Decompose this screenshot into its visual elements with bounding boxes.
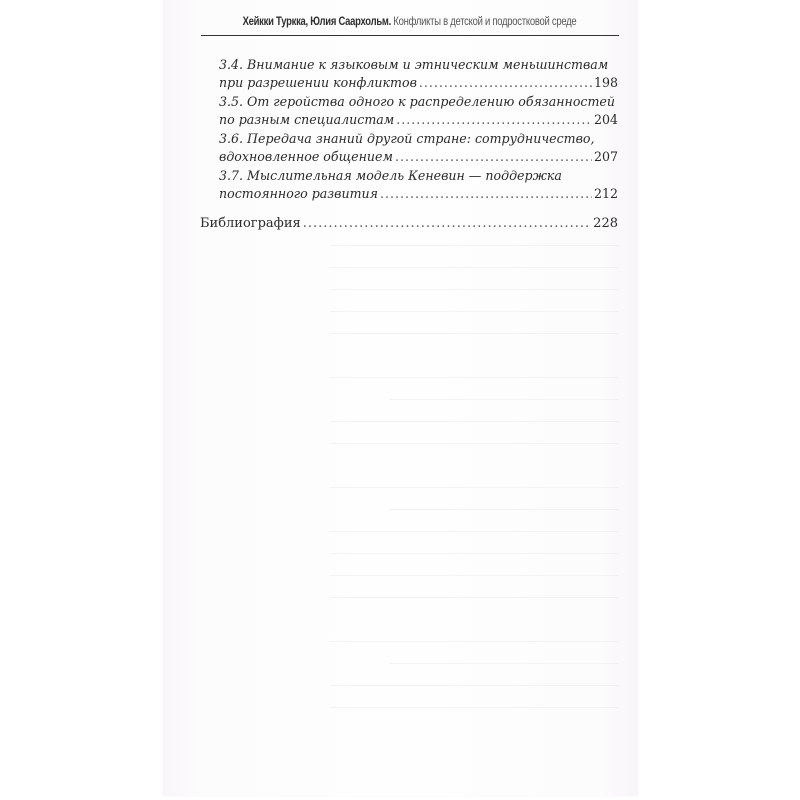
- toc-page-number: 198: [594, 74, 618, 92]
- leader-dots: [303, 215, 591, 233]
- show-through-texture: ________________________________________…: [200, 232, 618, 732]
- toc-page-number: 212: [594, 185, 618, 203]
- toc-entry-title-cont: при разрешении конфликтов: [219, 74, 417, 92]
- toc-entry-title: Библиография: [200, 215, 301, 233]
- toc-page-number: 228: [593, 215, 618, 233]
- toc-entry-title-cont: вдохновленное общением: [219, 148, 393, 166]
- toc-entry[interactable]: 3.6. Передача знаний другой стране: сотр…: [200, 130, 618, 165]
- toc-entry-title: 3.7. Мыслительная модель Кеневин — подде…: [219, 167, 618, 185]
- toc-entry[interactable]: 3.5. От геройства одного к распределению…: [200, 93, 618, 128]
- toc-entry-bibliography[interactable]: Библиография 228: [200, 215, 618, 233]
- toc-entry-title: 3.6. Передача знаний другой стране: сотр…: [219, 130, 618, 148]
- toc-entry-title-cont: по разным специалистам: [219, 111, 394, 129]
- toc-entry-title: 3.5. От геройства одного к распределению…: [219, 93, 618, 111]
- running-head-authors: Хейкки Туркка, Юлия Саархольм.: [243, 16, 391, 28]
- leader-dots: [419, 74, 592, 92]
- book-page: Хейкки Туркка, Юлия Саархольм. Конфликты…: [163, 0, 638, 796]
- running-head: Хейкки Туркка, Юлия Саархольм. Конфликты…: [239, 16, 581, 28]
- toc-page-number: 207: [594, 148, 618, 166]
- toc-entry-title: 3.4. Внимание к языковым и этническим ме…: [219, 56, 618, 74]
- table-of-contents: 3.4. Внимание к языковым и этническим ме…: [200, 56, 618, 235]
- leader-dots: [380, 185, 592, 203]
- toc-entry[interactable]: 3.4. Внимание к языковым и этническим ме…: [200, 56, 618, 91]
- leader-dots: [396, 111, 592, 129]
- toc-entry[interactable]: 3.7. Мыслительная модель Кеневин — подде…: [200, 167, 618, 202]
- running-head-title: Конфликты в детской и подростковой среде: [393, 16, 576, 28]
- toc-entry-title-cont: постоянного развития: [219, 185, 378, 203]
- toc-page-number: 204: [594, 111, 618, 129]
- header-rule: [201, 35, 619, 36]
- leader-dots: [395, 148, 592, 166]
